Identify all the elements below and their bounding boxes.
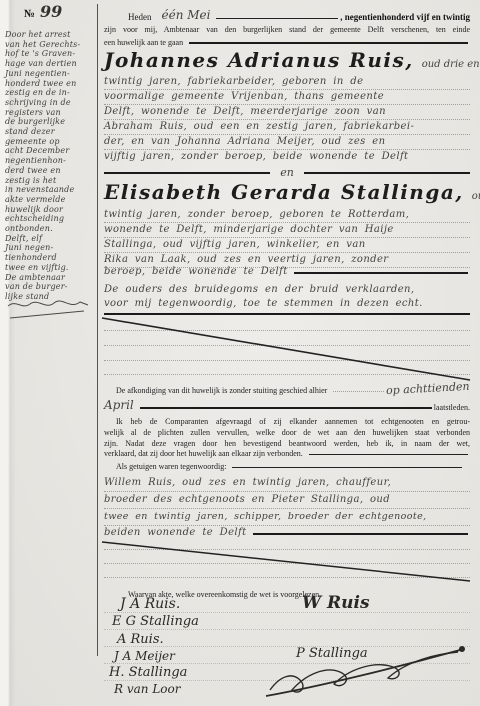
signature-witness-1: W Ruis: [302, 593, 370, 613]
witness-line: Willem Ruis, oud zes en twintig jaren, c…: [104, 476, 470, 492]
vows-line4-row: verklaard, dat zij door het huwelijk aan…: [104, 449, 470, 458]
act-body: Heden één Mei , negentienhonderd vijf en…: [104, 0, 470, 706]
year-printed: , negentienhonderd vijf en twintig: [340, 12, 470, 22]
header-line3-row: een huwelijk aan te gaan: [104, 38, 470, 47]
vows-line1: Ik heb de Comparanten afgevraagd of zij …: [104, 416, 470, 427]
void-diagonal-stroke: [100, 538, 474, 586]
signature-ruled-line: [104, 612, 470, 613]
bride-name: Elisabeth Gerarda Stallinga,: [104, 180, 464, 204]
blank-fill-line: [216, 18, 338, 19]
record-number-label: №: [24, 8, 35, 20]
bride-detail-last: beroep, beide wonende te Delft: [104, 266, 288, 277]
bride-name-row: Elisabeth Gerarda Stallinga, oud: [104, 180, 470, 204]
groom-age-start: oud drie en: [422, 59, 480, 70]
registrar-signature-flourish: [262, 638, 474, 702]
bride-age-start: oud: [472, 191, 480, 202]
witnesses-label-row: Als getuigen waren tegenwoordig:: [104, 462, 470, 471]
witness-last-line: beiden wonende te Delft: [104, 527, 247, 538]
header-line3: een huwelijk aan te gaan: [104, 38, 183, 47]
banns-month-handwritten: April: [104, 398, 134, 412]
heden-label: Heden: [128, 12, 152, 22]
consent-line2: voor mij tegenwoordig, toe te stemmen in…: [104, 298, 470, 309]
banns-day-handwritten: op achttienden: [386, 380, 470, 397]
bride-last-line-row: beroep, beide wonende te Delft: [104, 266, 470, 277]
groom-name: Johannes Adrianus Ruis,: [104, 48, 414, 72]
signature-ruled-line: [104, 629, 470, 630]
witnesses-label-fill: [232, 467, 462, 468]
vows-line4: verklaard, dat zij door het huwelijk aan…: [104, 449, 303, 458]
bride-fill-line: [294, 272, 468, 274]
void-diagonal-stroke: [100, 314, 474, 386]
header-fill-line: [189, 42, 468, 44]
signature-bride-father: H. Stallinga: [109, 665, 187, 680]
signature-groom-father: A Ruis.: [117, 632, 164, 647]
groom-detail-line: Delft, wonende te Delft, meerderjarige z…: [104, 105, 470, 120]
banns-row2: April laatstleden.: [104, 398, 470, 412]
groom-detail-line: der, en van Johanna Adriana Meijer, oud …: [104, 135, 470, 150]
banns-laatstleden: laatstleden.: [434, 403, 470, 412]
groom-detail-line: Abraham Ruis, oud een en zestig jaren, f…: [104, 120, 470, 135]
witness-line: twee en twintig jaren, schipper, broeder…: [104, 510, 470, 526]
header-date-row: Heden één Mei , negentienhonderd vijf en…: [104, 8, 470, 22]
groom-detail-line: twintig jaren, fabriekarbeider, geboren …: [104, 75, 470, 90]
signature-groom-mother: J A Meijer: [114, 649, 175, 663]
record-number-value: 99: [40, 2, 62, 21]
margin-divider-rule: [97, 4, 98, 656]
banns-dotted-fill: [333, 391, 384, 392]
groom-detail-line: voormalige gemeente Vrijenban, thans gem…: [104, 90, 470, 105]
signature-bride-mother: R van Loor: [114, 682, 180, 696]
separator-line-left: [104, 172, 270, 174]
banns-fill-line: [140, 407, 432, 409]
signature-bride: E G Stallinga: [112, 614, 199, 629]
bride-detail-line: twintig jaren, zonder beroep, geboren te…: [104, 208, 470, 223]
separator-line-right: [304, 172, 470, 174]
margin-column: № 99 Door het arrest van het Gerechts- h…: [0, 0, 97, 706]
banns-row1: De afkondiging van dit huwelijk is zonde…: [104, 382, 470, 395]
marriage-certificate-scan: № 99 Door het arrest van het Gerechts- h…: [0, 0, 480, 706]
margin-signature-scrawl: [4, 296, 94, 324]
witness-fill-line: [253, 533, 468, 535]
signature-groom: J A Ruis.: [120, 596, 180, 612]
connector-row: en: [104, 166, 470, 179]
vows-line2: welijk al de plichten zullen vervullen, …: [104, 427, 470, 438]
groom-detail-line: vijftig jaren, zonder beroep, beide wone…: [104, 150, 470, 164]
bride-detail-line: wonende te Delft, minderjarige dochter v…: [104, 223, 470, 238]
vows-fill-line: [309, 454, 468, 455]
groom-name-row: Johannes Adrianus Ruis, oud drie en: [104, 48, 470, 72]
wedding-date-handwritten: één Mei: [162, 8, 211, 22]
banns-printed: De afkondiging van dit huwelijk is zonde…: [104, 386, 327, 395]
witness-last-row: beiden wonende te Delft: [104, 527, 470, 538]
vows-line3: zijn. Nadat deze vragen door hen bevesti…: [104, 438, 470, 449]
witness-line: broeder des echtgenoots en Pieter Stalli…: [104, 493, 470, 509]
margin-divorce-note: Door het arrest van het Gerechts- hof te…: [5, 30, 95, 302]
header-line2: zijn voor mij, Ambtenaar van den burgerl…: [104, 25, 470, 34]
connector-en: en: [280, 166, 294, 179]
bride-detail-line: Stallinga, oud vijftig jaren, winkelier,…: [104, 238, 470, 253]
witnesses-label: Als getuigen waren tegenwoordig:: [104, 462, 226, 471]
consent-line1: De ouders des bruidegoms en der bruid ve…: [104, 284, 470, 295]
